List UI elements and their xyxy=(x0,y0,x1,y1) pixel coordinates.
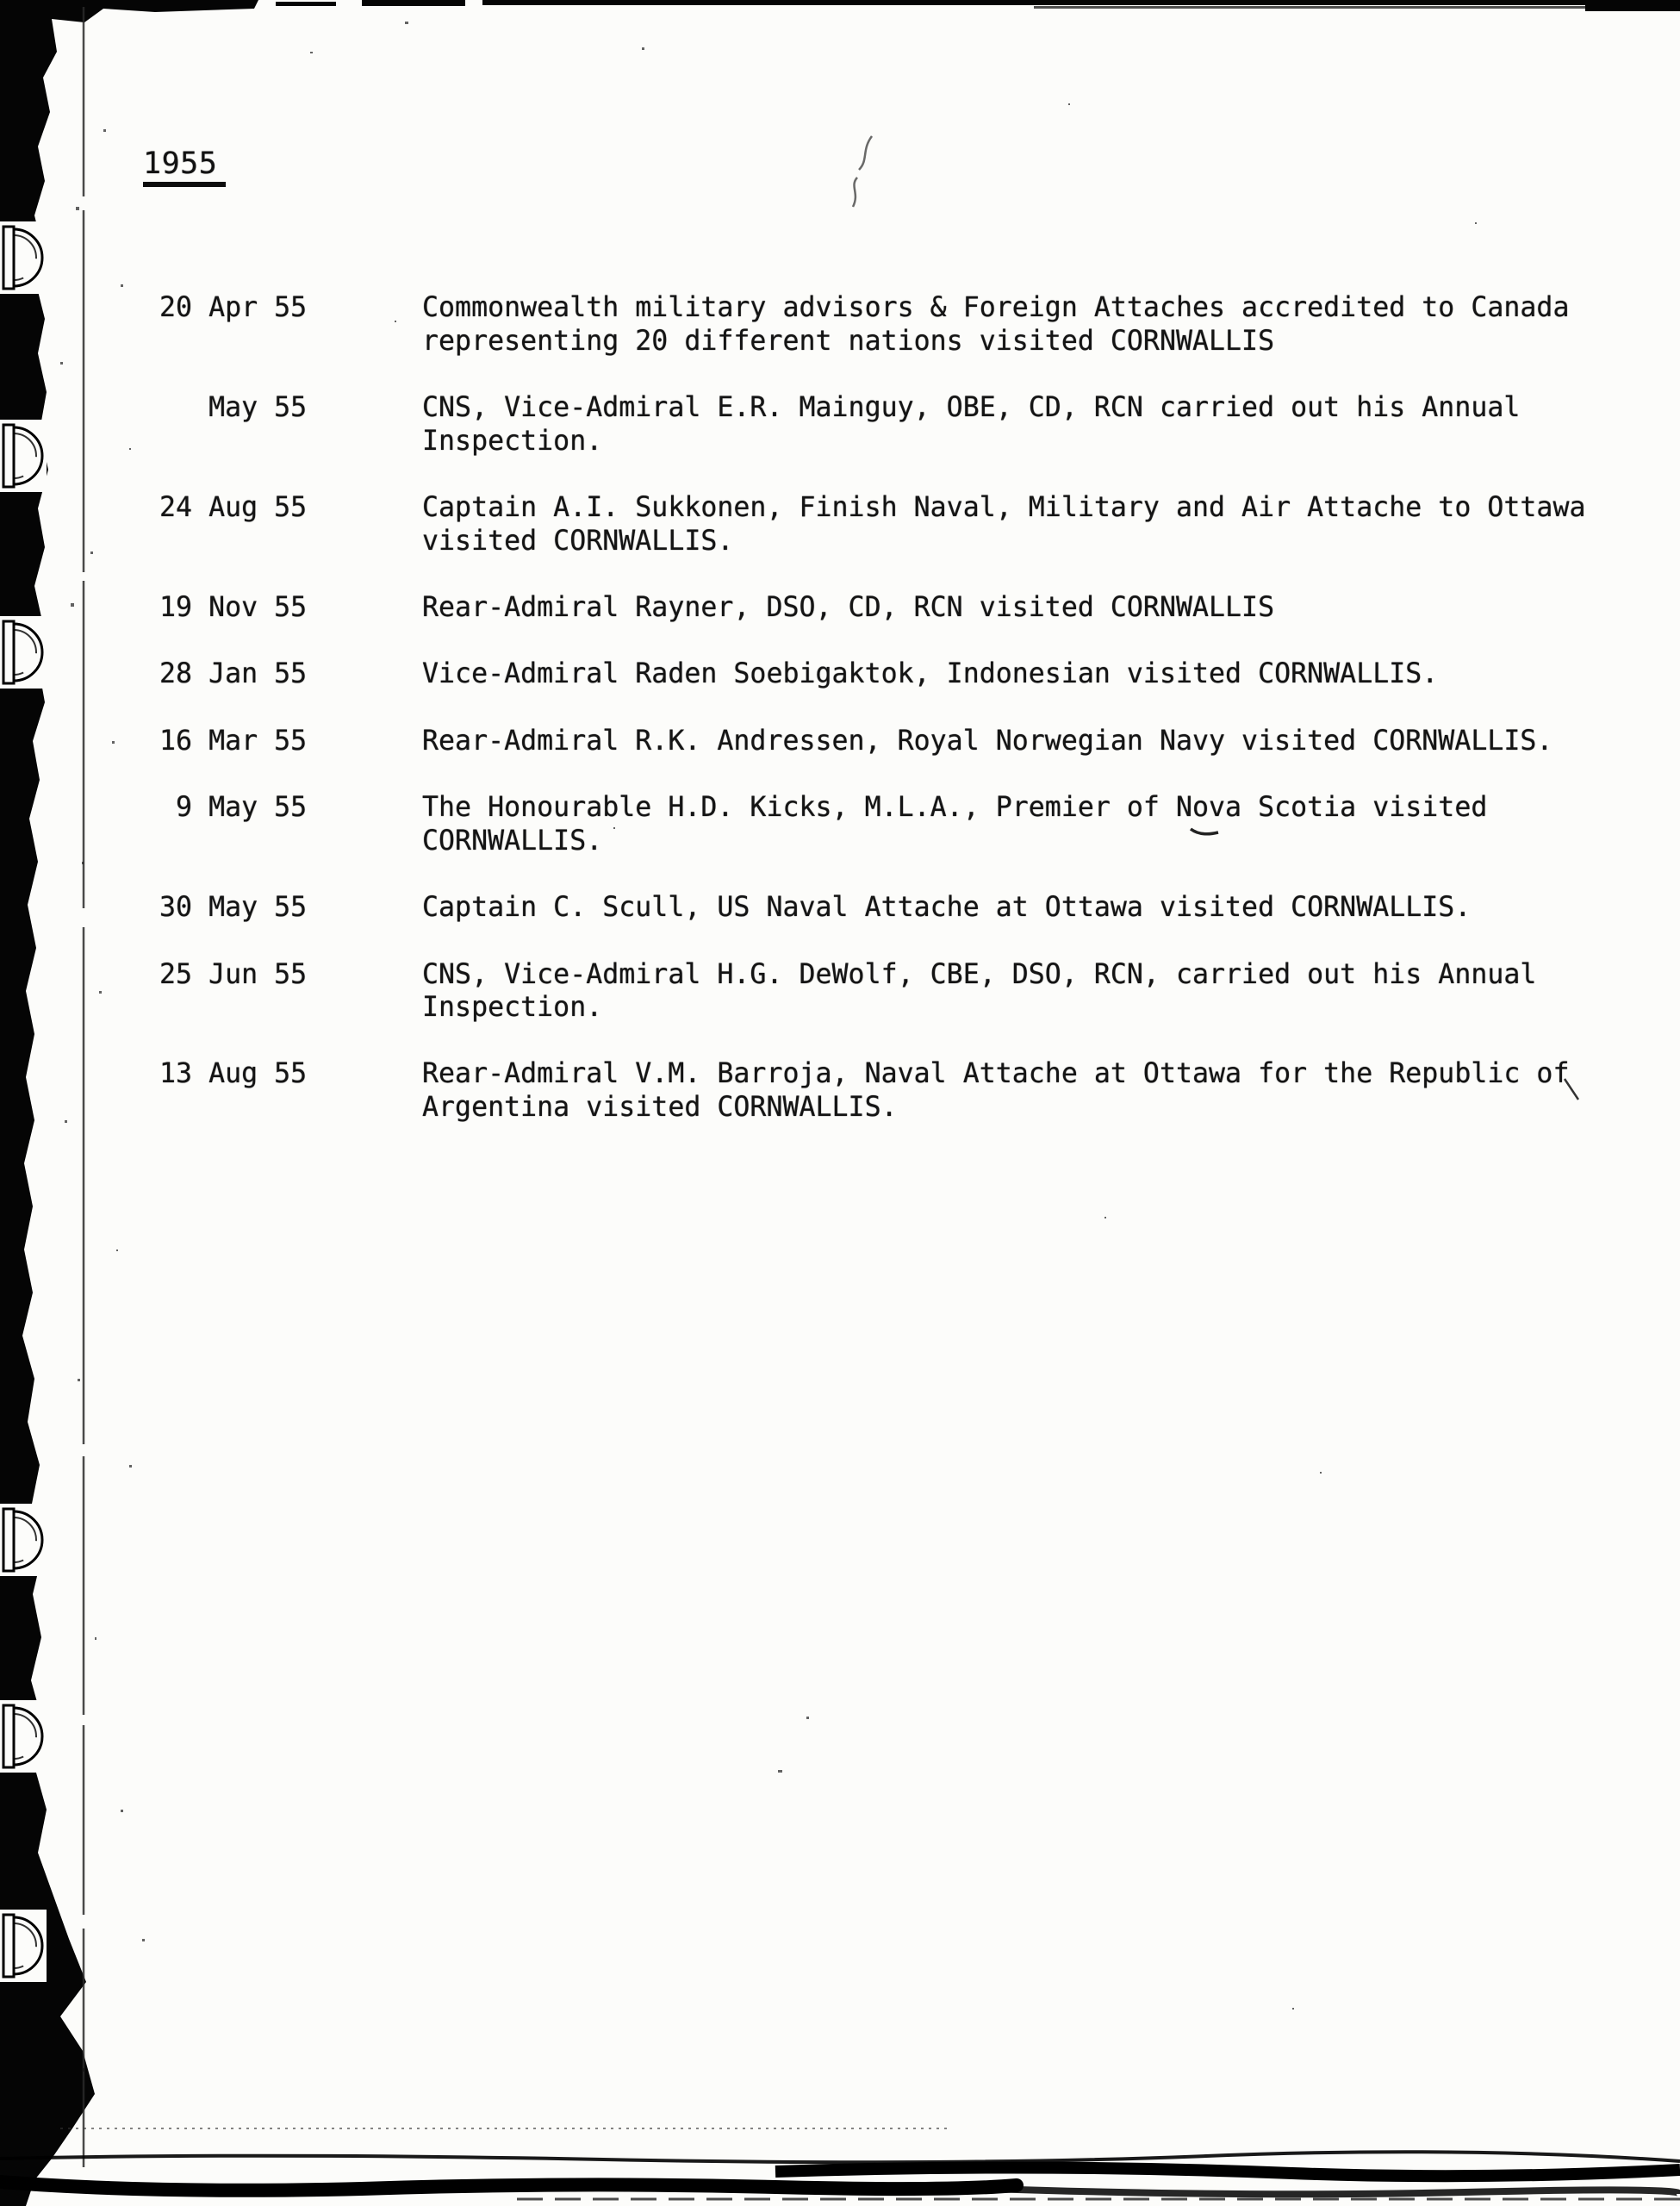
entry-text: The Honourable H.D. Kicks, M.L.A., Premi… xyxy=(422,791,1654,857)
entry-line: visited CORNWALLIS. xyxy=(422,525,1654,558)
entry-line: CNS, Vice-Admiral E.R. Mainguy, OBE, CD,… xyxy=(422,391,1654,425)
timeline-entry: 13 Aug 55 Rear-Admiral V.M. Barroja, Nav… xyxy=(159,1057,1654,1124)
timeline-entry: 25 Jun 55 CNS, Vice-Admiral H.G. DeWolf,… xyxy=(159,958,1654,1025)
timeline-entry: 19 Nov 55 Rear-Admiral Rayner, DSO, CD, … xyxy=(159,591,1654,625)
timeline-entry: 9 May 55 The Honourable H.D. Kicks, M.L.… xyxy=(159,791,1654,857)
entry-date: 16 Mar 55 xyxy=(159,725,422,758)
timeline-entry: 24 Aug 55 Captain A.I. Sukkonen, Finish … xyxy=(159,491,1654,558)
entry-line: Inspection. xyxy=(422,425,1654,458)
timeline: 20 Apr 55 Commonwealth military advisors… xyxy=(159,291,1654,1157)
entry-text: Commonwealth military advisors & Foreign… xyxy=(422,291,1654,358)
entry-date: 20 Apr 55 xyxy=(159,291,422,358)
timeline-entry: May 55 CNS, Vice-Admiral E.R. Mainguy, O… xyxy=(159,391,1654,458)
entry-date: 19 Nov 55 xyxy=(159,591,422,625)
entry-line: Commonwealth military advisors & Foreign… xyxy=(422,291,1654,325)
year-heading: 1955 xyxy=(143,148,226,187)
entry-line: Captain C. Scull, US Naval Attache at Ot… xyxy=(422,891,1654,925)
entry-text: Rear-Admiral Rayner, DSO, CD, RCN visite… xyxy=(422,591,1654,625)
entry-date: 28 Jan 55 xyxy=(159,657,422,691)
entry-line: Rear-Admiral V.M. Barroja, Naval Attache… xyxy=(422,1057,1654,1091)
entry-line: Inspection. xyxy=(422,991,1654,1025)
entry-line: representing 20 different nations visite… xyxy=(422,325,1654,358)
entry-line: Argentina visited CORNWALLIS. xyxy=(422,1091,1654,1125)
entry-text: Rear-Admiral R.K. Andressen, Royal Norwe… xyxy=(422,725,1654,758)
entry-text: Rear-Admiral V.M. Barroja, Naval Attache… xyxy=(422,1057,1654,1124)
entry-date: 24 Aug 55 xyxy=(159,491,422,558)
entry-text: CNS, Vice-Admiral H.G. DeWolf, CBE, DSO,… xyxy=(422,958,1654,1025)
entry-line: CORNWALLIS. xyxy=(422,825,1654,858)
entry-text: CNS, Vice-Admiral E.R. Mainguy, OBE, CD,… xyxy=(422,391,1654,458)
timeline-entry: 28 Jan 55 Vice-Admiral Raden Soebigaktok… xyxy=(159,657,1654,691)
entry-line: CNS, Vice-Admiral H.G. DeWolf, CBE, DSO,… xyxy=(422,958,1654,992)
entry-line: The Honourable H.D. Kicks, M.L.A., Premi… xyxy=(422,791,1654,825)
entry-date: 30 May 55 xyxy=(159,891,422,925)
scanned-document-page: 1955 20 Apr 55 Commonwealth military adv… xyxy=(0,0,1680,2206)
entry-line: Rear-Admiral Rayner, DSO, CD, RCN visite… xyxy=(422,591,1654,625)
entry-line: Rear-Admiral R.K. Andressen, Royal Norwe… xyxy=(422,725,1654,758)
entry-line: Captain A.I. Sukkonen, Finish Naval, Mil… xyxy=(422,491,1654,525)
timeline-entry: 30 May 55 Captain C. Scull, US Naval Att… xyxy=(159,891,1654,925)
entry-date: 13 Aug 55 xyxy=(159,1057,422,1124)
timeline-entry: 16 Mar 55 Rear-Admiral R.K. Andressen, R… xyxy=(159,725,1654,758)
entry-date: May 55 xyxy=(159,391,422,458)
entry-date: 9 May 55 xyxy=(159,791,422,857)
timeline-entry: 20 Apr 55 Commonwealth military advisors… xyxy=(159,291,1654,358)
entry-text: Vice-Admiral Raden Soebigaktok, Indonesi… xyxy=(422,657,1654,691)
entry-date: 25 Jun 55 xyxy=(159,958,422,1025)
entry-text: Captain C. Scull, US Naval Attache at Ot… xyxy=(422,891,1654,925)
entry-text: Captain A.I. Sukkonen, Finish Naval, Mil… xyxy=(422,491,1654,558)
typewritten-content: 1955 20 Apr 55 Commonwealth military adv… xyxy=(0,0,1680,2206)
entry-line: Vice-Admiral Raden Soebigaktok, Indonesi… xyxy=(422,657,1654,691)
